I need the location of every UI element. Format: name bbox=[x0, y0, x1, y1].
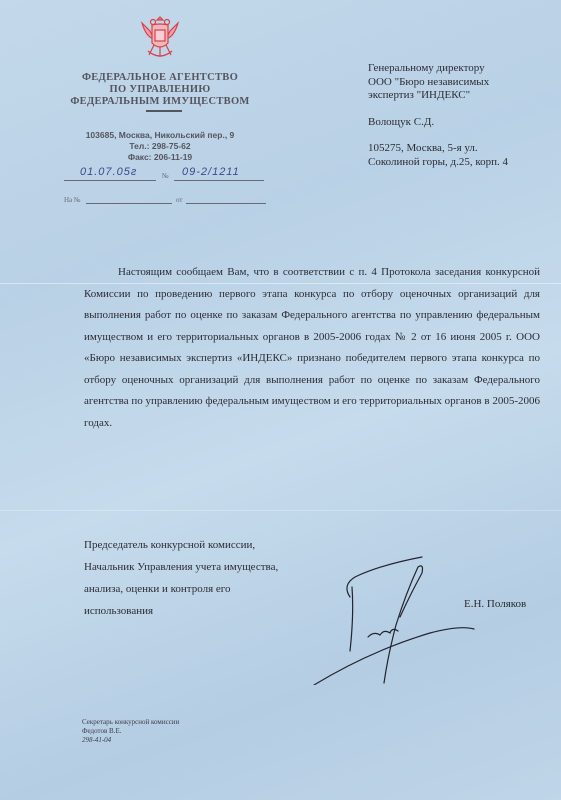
reply-to-label: На № bbox=[64, 196, 81, 204]
agency-name-line: ФЕДЕРАЛЬНОЕ АГЕНТСТВО bbox=[62, 72, 258, 84]
handwritten-signature bbox=[310, 555, 500, 685]
reply-number-underline bbox=[86, 203, 172, 204]
secretary-phone: 298-41-04 bbox=[82, 736, 179, 745]
signer-title-line: Председатель конкурсной комиссии, bbox=[84, 534, 324, 556]
agency-phone: Тел.: 298-75-62 bbox=[62, 141, 258, 152]
paper-fold-line bbox=[0, 510, 561, 511]
agency-contacts: 103685, Москва, Никольский пер., 9 Тел.:… bbox=[62, 130, 258, 163]
date-underline bbox=[64, 180, 156, 181]
addressee-line: Генеральному директору bbox=[368, 62, 558, 76]
coat-of-arms-icon bbox=[138, 13, 182, 59]
reply-date-underline bbox=[186, 203, 266, 204]
outgoing-date: 01.07.05г bbox=[80, 166, 137, 178]
reply-from-label: от bbox=[176, 196, 182, 204]
addressee-block: Генеральному директору ООО "Бюро независ… bbox=[368, 62, 558, 169]
addressee-address-line: Соколиной горы, д.25, корп. 4 bbox=[368, 156, 558, 170]
signer-title-line: Начальник Управления учета имущества, bbox=[84, 556, 324, 578]
signer-name: Е.Н. Поляков bbox=[464, 598, 526, 610]
number-sign-label: № bbox=[162, 172, 169, 180]
agency-name-line: ПО УПРАВЛЕНИЮ bbox=[62, 84, 258, 96]
addressee-line: экспертиз "ИНДЕКС" bbox=[368, 89, 558, 103]
addressee-address-line: 105275, Москва, 5-я ул. bbox=[368, 142, 558, 156]
letterhead-divider bbox=[146, 110, 182, 112]
secretary-name: Федотов В.Е. bbox=[82, 727, 179, 736]
signer-title-line: использования bbox=[84, 600, 324, 622]
secretary-block: Секретарь конкурсной комиссии Федотов В.… bbox=[82, 718, 179, 745]
secretary-title: Секретарь конкурсной комиссии bbox=[82, 718, 179, 727]
signer-title-line: анализа, оценки и контроля его bbox=[84, 578, 324, 600]
agency-fax: Факс: 206-11-19 bbox=[62, 152, 258, 163]
letter-body: Настоящим сообщаем Вам, что в соответств… bbox=[84, 262, 540, 434]
outgoing-number: 09-2/1211 bbox=[182, 166, 240, 178]
agency-name-line: ФЕДЕРАЛЬНЫМ ИМУЩЕСТВОМ bbox=[62, 96, 258, 108]
signer-title: Председатель конкурсной комиссии, Началь… bbox=[84, 534, 324, 622]
body-paragraph: Настоящим сообщаем Вам, что в соответств… bbox=[84, 262, 540, 434]
addressee-line: ООО "Бюро независимых bbox=[368, 76, 558, 90]
addressee-name: Волощук С.Д. bbox=[368, 116, 558, 130]
agency-address: 103685, Москва, Никольский пер., 9 bbox=[62, 130, 258, 141]
number-underline bbox=[174, 180, 264, 181]
agency-name: ФЕДЕРАЛЬНОЕ АГЕНТСТВО ПО УПРАВЛЕНИЮ ФЕДЕ… bbox=[62, 72, 258, 108]
